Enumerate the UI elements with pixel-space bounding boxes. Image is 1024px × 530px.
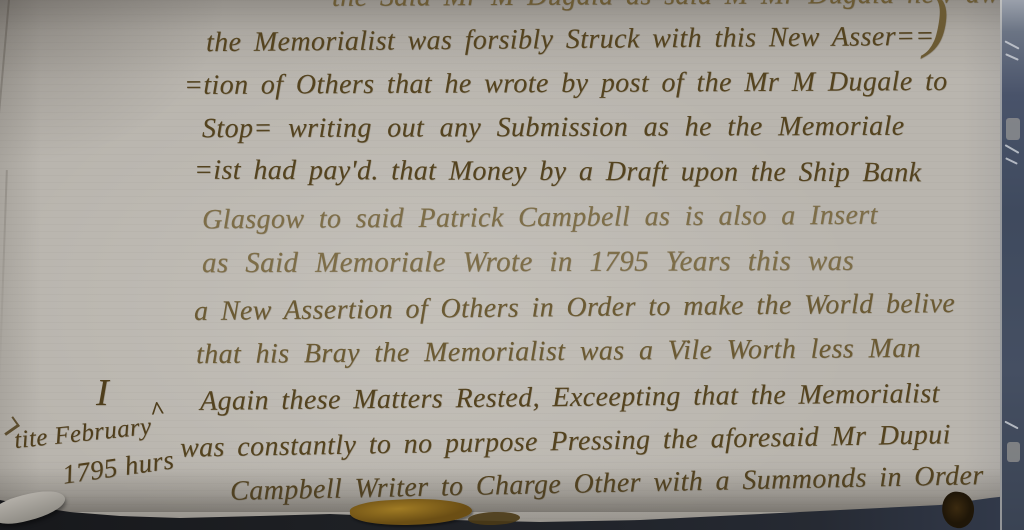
binding-thread (1004, 421, 1018, 430)
binding-thread (1005, 53, 1019, 61)
manuscript-line-2: the Memorialist was forsibly Struck with… (206, 21, 935, 59)
binding-cloth-strip (1000, 0, 1024, 530)
binding-light-patch (1006, 118, 1020, 140)
manuscript-line-6: Glasgow to said Patrick Campbell as is a… (202, 200, 878, 237)
manuscript-line-9: that his Bray the Memorialist was a Vile… (196, 333, 921, 371)
insertion-caret: ^ (149, 397, 167, 424)
binding-light-patch (1007, 442, 1020, 462)
manuscript-line-4: Stop= writing out any Submission as he t… (202, 111, 905, 145)
binding-thread (1005, 157, 1018, 164)
manuscript-line-5: =ist had pay'd. that Money by a Draft up… (194, 155, 922, 190)
manuscript-photo: the Said Mr M Dugald as said M Mr Dugald… (0, 0, 1024, 530)
manuscript-line-7: as Said Memoriale Wrote in 1795 Years th… (202, 245, 854, 280)
paper-edge-shadow (0, 468, 1024, 512)
insertion-letter-i: I (96, 374, 109, 412)
binding-thread (1005, 144, 1020, 154)
manuscript-line-3: =tion of Others that he wrote by post of… (184, 66, 948, 102)
binding-thread (1004, 40, 1019, 49)
